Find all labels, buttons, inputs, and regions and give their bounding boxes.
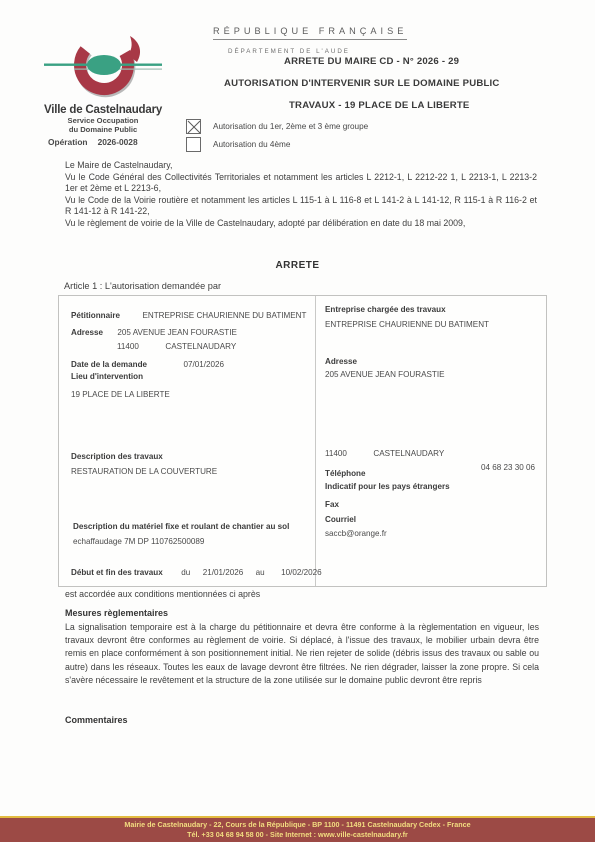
article1-line: Article 1 : L'autorisation demandée par: [64, 281, 221, 291]
logo-service-line2: du Domaine Public: [28, 125, 178, 134]
au-label: au: [256, 568, 265, 577]
entreprise-value: ENTREPRISE CHAURIENNE DU BATIMENT: [325, 320, 489, 329]
date-demande-row: Date de la demande 07/01/2026: [71, 354, 224, 372]
arrete-section-title: ARRETE: [0, 260, 595, 271]
preamble-line1: Le Maire de Castelnaudary,: [65, 160, 537, 172]
commentaires-title: Commentaires: [65, 715, 128, 725]
adresse-left-city-row: 11400 CASTELNAUDARY: [117, 336, 236, 354]
adresse-right-city-row: 11400 CASTELNAUDARY: [325, 443, 444, 461]
castelnaudary-logo-icon: [44, 32, 162, 104]
telephone-value: 04 68 23 30 06: [481, 463, 535, 472]
autorisation-title: AUTORISATION D'INTERVENIR SUR LE DOMAINE…: [224, 78, 500, 89]
checkbox-row-group123: Autorisation du 1er, 2ème et 3 ème group…: [186, 119, 368, 134]
adresse-right-ville: CASTELNAUDARY: [373, 449, 444, 458]
logo-service-line1: Service Occupation: [28, 116, 178, 125]
du-label: du: [181, 568, 190, 577]
mesures-title: Mesures règlementaires: [65, 608, 168, 618]
checkbox-group-1-2-3-label: Autorisation du 1er, 2ème et 3 ème group…: [213, 122, 368, 131]
republique-title: RÉPUBLIQUE FRANÇAISE: [213, 26, 407, 40]
adresse-left-label: Adresse: [71, 328, 103, 337]
preamble-line4: Vu le règlement de voirie de la Ville de…: [65, 218, 537, 230]
courriel-value: saccb@orange.fr: [325, 529, 387, 538]
date-demande-label: Date de la demande: [71, 360, 147, 369]
petitionnaire-label: Pétitionnaire: [71, 311, 120, 320]
date-demande-value: 07/01/2026: [183, 360, 224, 369]
preamble-line3: Vu le Code de la Voirie routière et nota…: [65, 195, 537, 218]
operation-number: Opération2026-0028: [48, 137, 138, 147]
telephone-row: Téléphone 04 68 23 30 06: [325, 463, 535, 481]
table-column-divider: [315, 296, 316, 586]
indicatif-label: Indicatif pour les pays étrangers: [325, 482, 450, 491]
document-page: Ville de Castelnaudary Service Occupatio…: [0, 0, 595, 842]
petitionnaire-row: Pétitionnaire ENTREPRISE CHAURIENNE DU B…: [71, 305, 306, 323]
logo-block: Ville de Castelnaudary Service Occupatio…: [28, 32, 178, 134]
mesures-body: La signalisation temporaire est à la cha…: [65, 621, 539, 687]
authorization-form-table: Pétitionnaire ENTREPRISE CHAURIENNE DU B…: [58, 295, 547, 587]
petitionnaire-value: ENTREPRISE CHAURIENNE DU BATIMENT: [142, 311, 306, 320]
desc-materiel-label: Description du matériel fixe et roulant …: [73, 522, 289, 531]
preamble: Le Maire de Castelnaudary, Vu le Code Gé…: [65, 160, 537, 230]
telephone-label: Téléphone: [325, 469, 365, 478]
fax-label: Fax: [325, 500, 339, 509]
footer-address-line: Mairie de Castelnaudary - 22, Cours de l…: [0, 818, 595, 830]
footer-band: Mairie de Castelnaudary - 22, Cours de l…: [0, 816, 595, 842]
lieu-intervention-value: 19 PLACE DE LA LIBERTE: [71, 390, 170, 399]
checkbox-row-group4: Autorisation du 4ème: [186, 137, 290, 152]
adresse-right-cp: 11400: [325, 449, 347, 458]
footer-contact-line: Tél. +33 04 68 94 58 00 - Site Internet …: [0, 830, 595, 840]
adresse-left-ville: CASTELNAUDARY: [165, 342, 236, 351]
operation-label: Opération: [48, 137, 88, 147]
desc-travaux-value: RESTAURATION DE LA COUVERTURE: [71, 467, 217, 476]
departement-title: DÉPARTEMENT DE L'AUDE: [228, 48, 350, 55]
after-table-line: est accordée aux conditions mentionnées …: [65, 589, 260, 601]
courriel-label: Courriel: [325, 515, 356, 524]
logo-city-name: Ville de Castelnaudary: [28, 104, 178, 116]
desc-materiel-value: echaffaudage 7M DP 110762500089: [73, 537, 204, 546]
checkbox-group-1-2-3[interactable]: [186, 119, 201, 134]
desc-travaux-label: Description des travaux: [71, 452, 163, 461]
debut-fin-row: Début et fin des travaux du 21/01/2026 a…: [71, 562, 322, 580]
fin-date-value: 10/02/2026: [281, 568, 322, 577]
entreprise-label: Entreprise chargée des travaux: [325, 305, 446, 314]
debut-date-value: 21/01/2026: [203, 568, 244, 577]
lieu-intervention-label: Lieu d'intervention: [71, 372, 143, 381]
adresse-right-value: 205 AVENUE JEAN FOURASTIE: [325, 370, 445, 379]
checkbox-group-4-label: Autorisation du 4ème: [213, 140, 290, 149]
arrete-du-maire-title: ARRETE DU MAIRE CD - N° 2026 - 29: [284, 56, 459, 67]
adresse-right-label: Adresse: [325, 357, 357, 366]
operation-value: 2026-0028: [98, 137, 138, 147]
checkbox-group-4[interactable]: [186, 137, 201, 152]
debut-fin-label: Début et fin des travaux: [71, 568, 163, 577]
preamble-line2: Vu le Code Général des Collectivités Ter…: [65, 172, 537, 195]
adresse-left-cp: 11400: [117, 342, 139, 351]
travaux-title: TRAVAUX - 19 PLACE DE LA LIBERTE: [289, 100, 470, 111]
